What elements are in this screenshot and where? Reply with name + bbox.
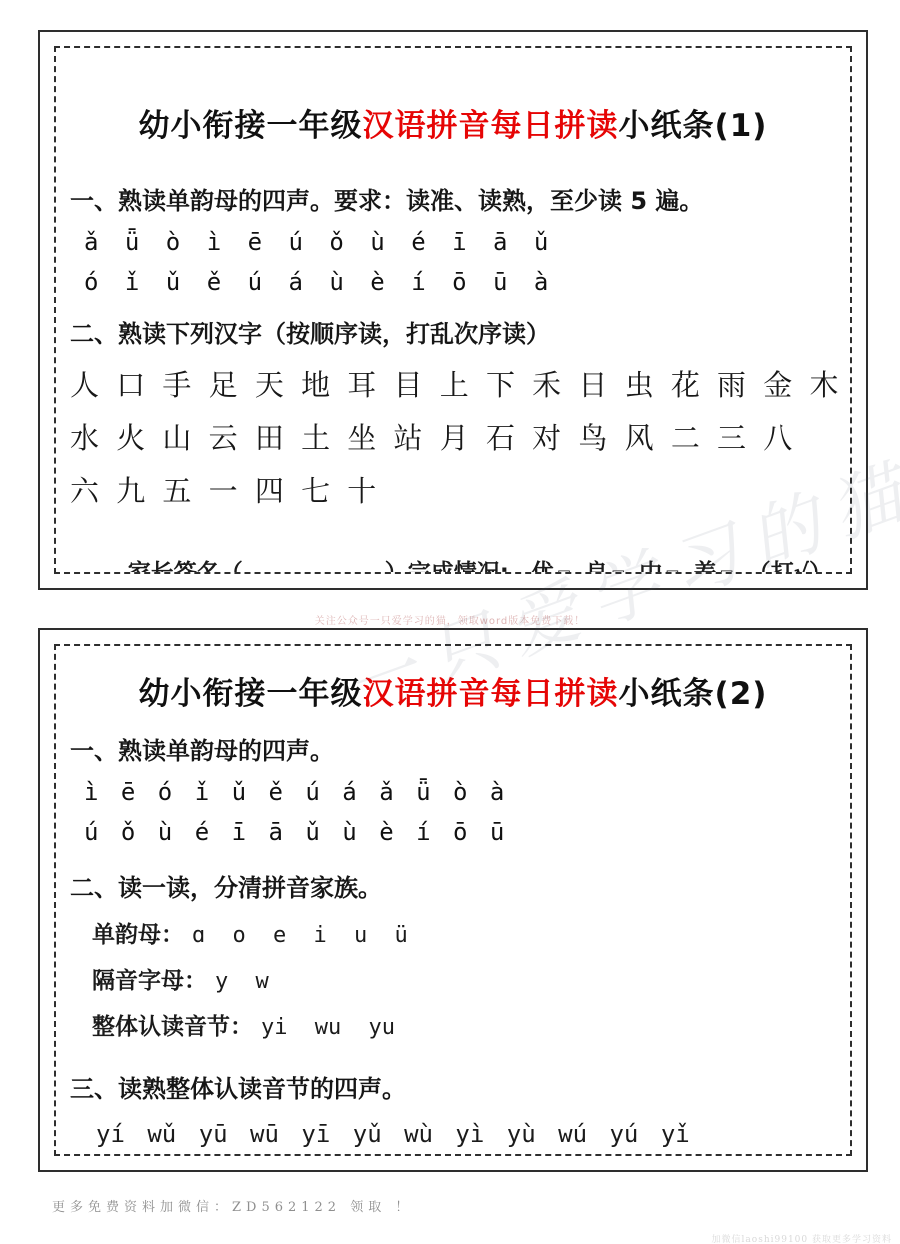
card2-title-prefix: 幼小衔接一年级	[139, 676, 363, 712]
checkbox-icon: □	[611, 566, 625, 574]
checkbox-icon: □	[719, 566, 733, 574]
family-letters: yi wu yu	[253, 1015, 395, 1040]
worksheet-page: 一只爱学习的猫 幼小衔接一年级汉语拼音每日拼读小纸条(1) 一、熟读单韵母的四声…	[0, 0, 900, 1244]
card2-title: 幼小衔接一年级汉语拼音每日拼读小纸条(2)	[70, 668, 836, 713]
family-letters: y w	[207, 969, 269, 994]
rating-option-excellent: 优□	[531, 560, 571, 574]
rating-option-good: 良□	[585, 560, 625, 574]
card1-section1-heading: 一、熟读单韵母的四声。要求：读准、读熟，至少读 5 遍。	[70, 181, 836, 216]
rating-option-label: 差	[693, 560, 716, 574]
promo-note: 关注公众号一只爱学习的猫，领取word版本免费下载！	[0, 612, 900, 627]
footer-contact-note: 更多免费资料加微信：ZD562122 领取 ！	[52, 1196, 413, 1215]
card1-title: 幼小衔接一年级汉语拼音每日拼读小纸条(1)	[70, 100, 836, 145]
card1-dashed-frame: 幼小衔接一年级汉语拼音每日拼读小纸条(1) 一、熟读单韵母的四声。要求：读准、读…	[54, 46, 852, 574]
card2-pinyin-row-1: ì ē ó ǐ ǔ ě ú á ǎ ǖ ò à	[70, 778, 836, 806]
checkbox-icon: □	[665, 566, 679, 574]
card1-signature-line: 家长签名（）完成情况: 优□良□中□差□（打√）	[70, 554, 836, 574]
card2-section2-heading: 二、读一读，分清拼音家族。	[70, 868, 836, 903]
rating-option-label: 中	[639, 560, 662, 574]
card1-section2-heading: 二、熟读下列汉字（按顺序读，打乱次序读）	[70, 314, 836, 349]
card1-pinyin-row-1: ǎ ǖ ò ì ē ú ǒ ù é ī ā ǔ	[70, 228, 836, 256]
footer-watermark-note: 加微信laoshi99100 获取更多学习资料	[712, 1232, 892, 1244]
card2-section1-heading: 一、熟读单韵母的四声。	[70, 731, 836, 766]
card1-pinyin-row-2: ó ǐ ǔ ě ú á ù è í ō ū à	[70, 268, 836, 296]
family-label: 隔音字母：	[92, 968, 207, 994]
card1-title-suffix: 小纸条(1)	[619, 108, 768, 144]
family-label: 单韵母：	[92, 922, 184, 948]
rating-option-poor: 差□	[693, 560, 733, 574]
card2-section3-heading: 三、读熟整体认读音节的四声。	[70, 1069, 836, 1104]
family-line-simple-finals: 单韵母：ɑ o e i u ü	[70, 916, 836, 949]
completion-label: ）完成情况:	[385, 560, 517, 574]
card1-hanzi-row-3: 六 九 五 一 四 七 十	[70, 469, 836, 510]
worksheet-card-1: 幼小衔接一年级汉语拼音每日拼读小纸条(1) 一、熟读单韵母的四声。要求：读准、读…	[38, 30, 868, 590]
card2-title-red: 汉语拼音每日拼读	[363, 676, 619, 712]
family-letters: ɑ o e i u ü	[184, 923, 408, 948]
card1-title-red: 汉语拼音每日拼读	[363, 108, 619, 144]
rating-option-label: 良	[585, 560, 608, 574]
rating-option-medium: 中□	[639, 560, 679, 574]
checkbox-icon: □	[557, 566, 571, 574]
card2-dashed-frame: 幼小衔接一年级汉语拼音每日拼读小纸条(2) 一、熟读单韵母的四声。 ì ē ó …	[54, 644, 852, 1156]
rating-option-label: 优	[531, 560, 554, 574]
family-label: 整体认读音节：	[92, 1014, 253, 1040]
family-line-separating-letters: 隔音字母：y w	[70, 962, 836, 995]
family-line-whole-syllables: 整体认读音节：yi wu yu	[70, 1008, 836, 1041]
tick-instruction: （打√）	[748, 560, 832, 574]
worksheet-card-2: 幼小衔接一年级汉语拼音每日拼读小纸条(2) 一、熟读单韵母的四声。 ì ē ó …	[38, 628, 868, 1172]
card1-hanzi-row-1: 人 口 手 足 天 地 耳 目 上 下 禾 日 虫 花 雨 金 木	[70, 363, 836, 404]
card2-title-suffix: 小纸条(2)	[619, 676, 768, 712]
card1-title-prefix: 幼小衔接一年级	[139, 108, 363, 144]
card1-hanzi-row-2: 水 火 山 云 田 土 坐 站 月 石 对 鸟 风 二 三 八	[70, 416, 836, 457]
card2-pinyin-row-2: ú ǒ ù é ī ā ǔ ù è í ō ū	[70, 818, 836, 846]
card2-syllable-row: yí wǔ yū wū yī yǔ wù yì yù wú yú yǐ	[70, 1120, 836, 1148]
signature-label: 家长签名（	[128, 560, 243, 574]
